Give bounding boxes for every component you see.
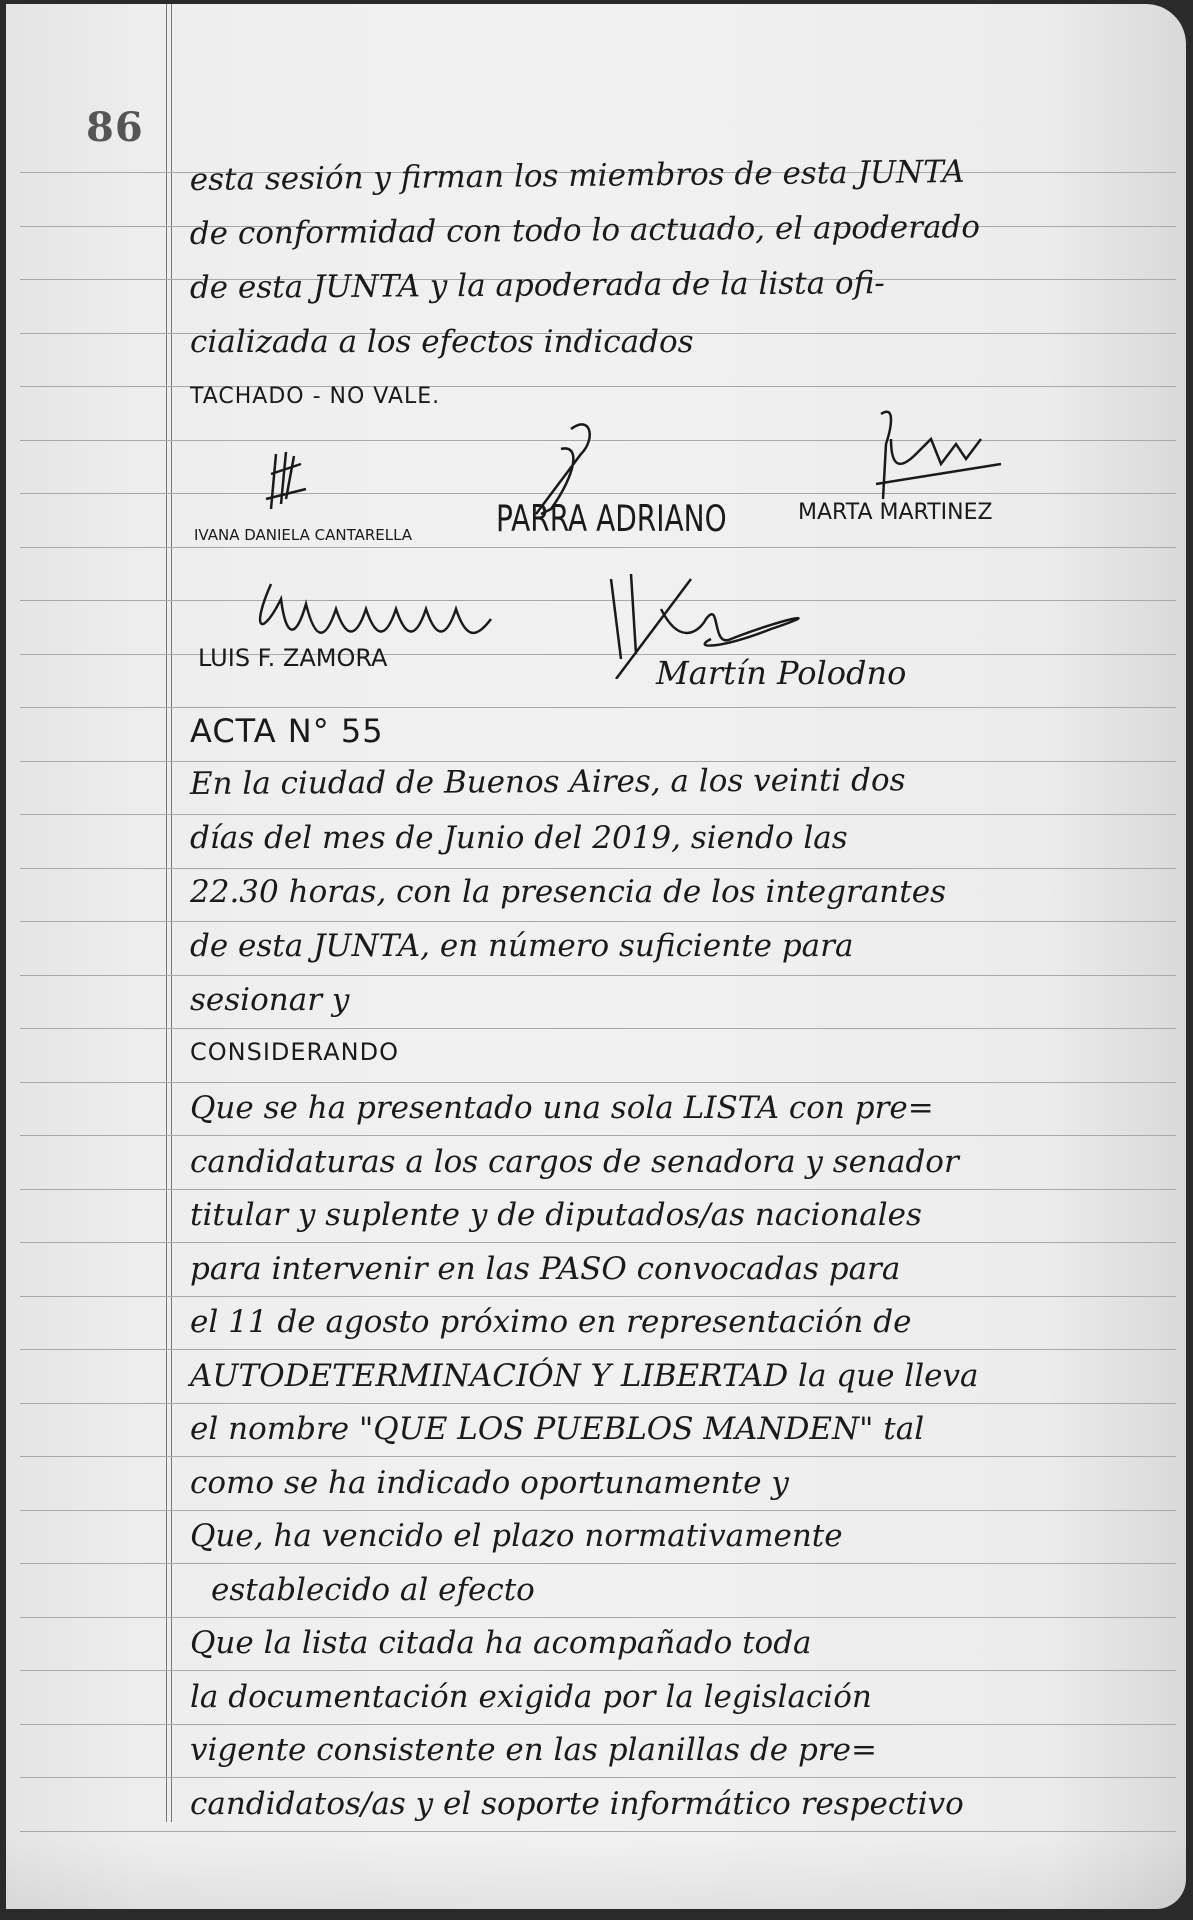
signature-name: Martín Polodno [656, 654, 906, 692]
ruled-line [20, 654, 1176, 655]
margin-line-inner [171, 4, 172, 1822]
ruled-line [20, 1349, 1176, 1350]
considerando-line: el 11 de agosto próximo en representació… [190, 1304, 911, 1340]
ruled-line [20, 1135, 1176, 1136]
considerando-line: como se ha indicado oportunamente y [190, 1465, 789, 1501]
considerando-line: titular y suplente y de diputados/as nac… [190, 1197, 922, 1233]
ruled-line [20, 1617, 1176, 1618]
considerando-line: establecido al efecto [211, 1572, 535, 1608]
ruled-line [20, 814, 1176, 815]
acta-heading: ACTA N° 55 [190, 712, 384, 750]
ruled-line [20, 1724, 1176, 1725]
signature-mark [256, 444, 316, 514]
signature-name: PARRA ADRIANO [496, 497, 727, 540]
closing-line: de conformidad con todo lo actuado, el a… [190, 209, 980, 252]
ruled-line [20, 1456, 1176, 1457]
page-shadow [6, 1839, 1186, 1909]
ruled-line [20, 1242, 1176, 1243]
margin-line-outer [166, 4, 167, 1822]
ruled-line [20, 1028, 1176, 1029]
page-number: 86 [86, 104, 144, 151]
signature-name: IVANA DANIELA CANTARELLA [194, 526, 412, 544]
considerando-line: la documentación exigida por la legislac… [190, 1679, 872, 1715]
ruled-line [20, 1189, 1176, 1190]
acta-line: En la ciudad de Buenos Aires, a los vein… [190, 762, 906, 802]
ruled-line [20, 975, 1176, 976]
considerando-line: AUTODETERMINACIÓN Y LIBERTAD la que llev… [190, 1358, 978, 1394]
considerando-line: vigente consistente en las planillas de … [190, 1732, 877, 1768]
acta-line: 22.30 horas, con la presencia de los int… [190, 874, 946, 910]
ruled-line [20, 547, 1176, 548]
ruled-line [20, 1670, 1176, 1671]
closing-line: de esta JUNTA y la apoderada de la lista… [190, 265, 885, 306]
closing-line: cializada a los efectos indicados [190, 324, 694, 360]
signature-name: LUIS F. ZAMORA [198, 644, 387, 672]
signature-name: MARTA MARTINEZ [798, 500, 993, 525]
considerando-line: Que se ha presentado una sola LISTA con … [190, 1090, 934, 1126]
closing-line: esta sesión y firman los miembros de est… [190, 154, 965, 198]
ruled-line [20, 707, 1176, 708]
acta-line: de esta JUNTA, en número suficiente para [190, 928, 853, 964]
ruled-line [20, 1563, 1176, 1564]
notebook-page: 86 esta sesión y firman los miembros de … [6, 4, 1186, 1909]
ruled-line [20, 1082, 1176, 1083]
ruled-line [20, 1510, 1176, 1511]
considerando-label: CONSIDERANDO [190, 1038, 399, 1066]
ruled-line [20, 1831, 1176, 1832]
ruled-line [20, 1403, 1176, 1404]
considerando-line: candidaturas a los cargos de senadora y … [190, 1144, 959, 1180]
ruled-line [20, 868, 1176, 869]
ruled-line [20, 921, 1176, 922]
signature-mark [241, 569, 511, 654]
signature-mark [861, 399, 1021, 509]
acta-line: días del mes de Junio del 2019, siendo l… [190, 820, 848, 856]
considerando-line: Que, ha vencido el plazo normativamente [190, 1518, 843, 1554]
considerando-line: para intervenir en las PASO convocadas p… [190, 1251, 900, 1287]
ruled-line [20, 761, 1176, 762]
ruled-line [20, 600, 1176, 601]
ruled-line [20, 1777, 1176, 1778]
erratum-note: TACHADO - NO VALE. [190, 384, 440, 409]
acta-line: sesionar y [190, 982, 349, 1018]
ruled-line [20, 1296, 1176, 1297]
considerando-line: candidatos/as y el soporte informático r… [190, 1786, 964, 1822]
considerando-line: Que la lista citada ha acompañado toda [190, 1625, 812, 1661]
considerando-line: el nombre "QUE LOS PUEBLOS MANDEN" tal [190, 1411, 924, 1447]
